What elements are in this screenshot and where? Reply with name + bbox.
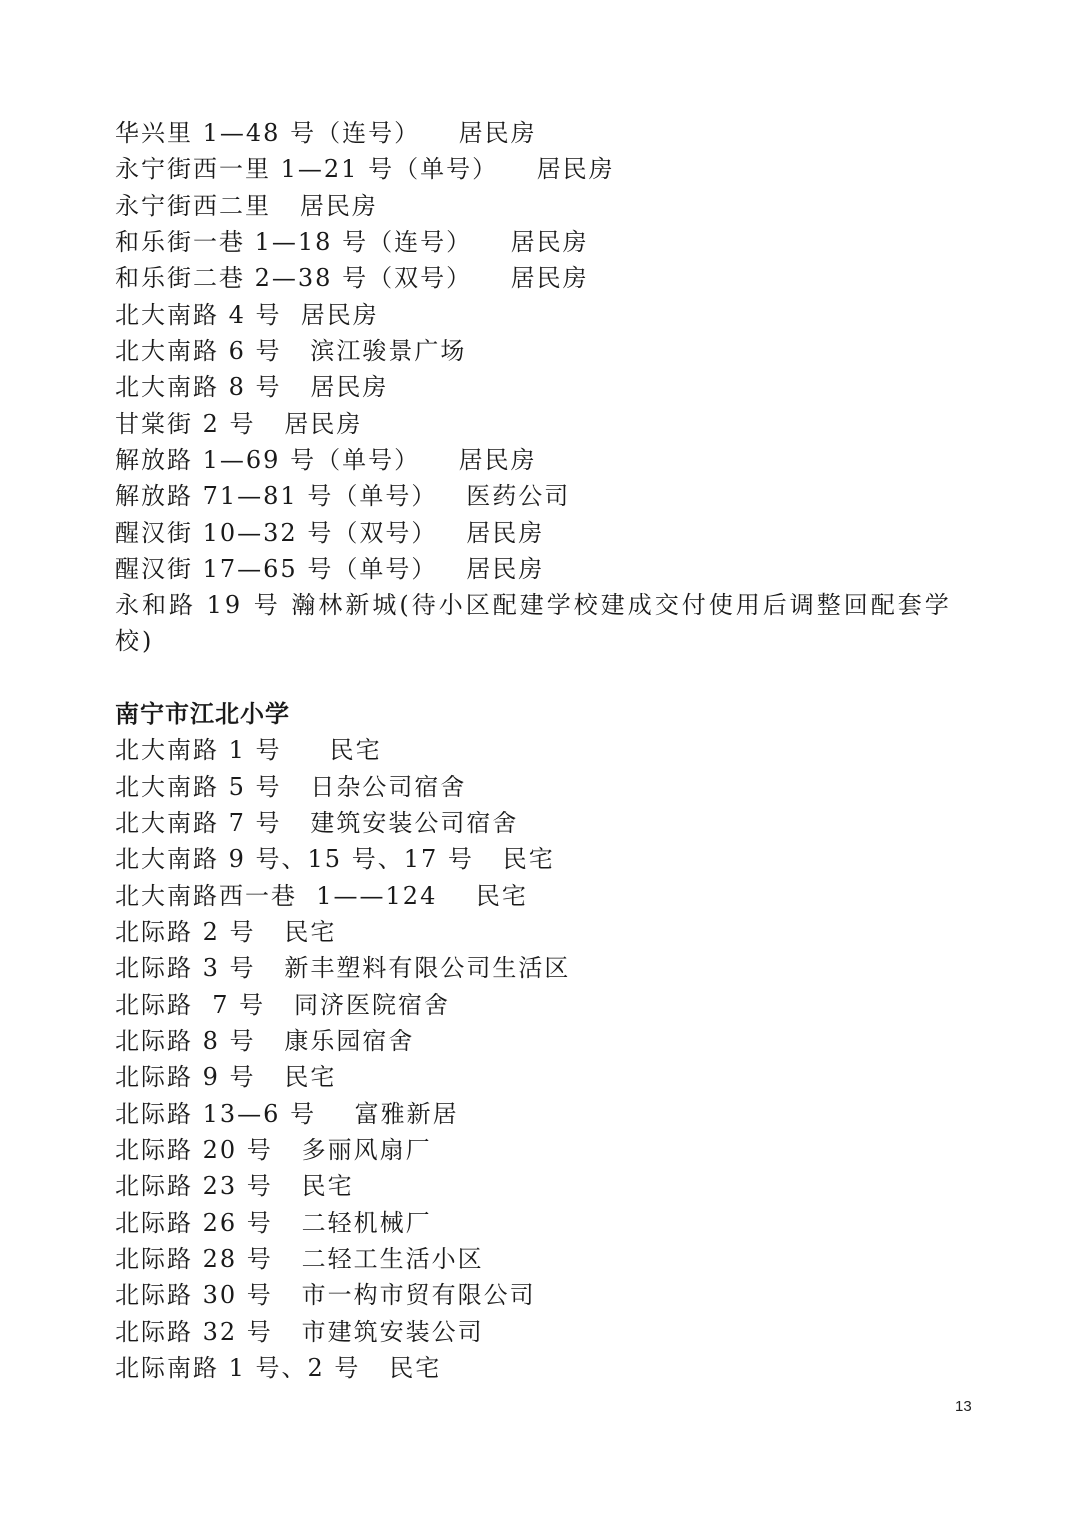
address-entry: 北际路 23 号 民宅: [115, 1168, 354, 1204]
address-entry: 北大南路 6 号 滨江骏景广场: [115, 333, 466, 369]
address-entry: 北际路 26 号 二轻机械厂: [115, 1205, 432, 1241]
address-entry: 北际路 30 号 市一构市贸有限公司: [115, 1277, 536, 1313]
address-entry: 北际路 32 号 市建筑安装公司: [115, 1314, 484, 1350]
address-entry: 北际路 8 号 康乐园宿舍: [115, 1023, 414, 1059]
address-entry: 醒汉街 17—65 号（单号） 居民房: [115, 551, 544, 587]
address-entry: 解放路 71—81 号（单号） 医药公司: [115, 478, 570, 514]
document-page: 华兴里 1—48 号（连号） 居民房 永宁街西一里 1—21 号（单号） 居民房…: [0, 0, 1080, 1528]
address-entry: 和乐街一巷 1—18 号（连号） 居民房: [115, 224, 589, 260]
address-entry: 北大南路 8 号 居民房: [115, 369, 388, 405]
address-entry: 和乐街二巷 2—38 号（双号） 居民房: [115, 260, 589, 296]
address-entry: 北大南路 7 号 建筑安装公司宿舍: [115, 805, 518, 841]
address-entry: 北际路 7 号 同济医院宿舍: [115, 987, 450, 1023]
address-entry: 甘棠街 2 号 居民房: [115, 406, 362, 442]
address-entry: 北大南路 1 号 民宅: [115, 732, 382, 768]
school-heading: 南宁市江北小学: [115, 696, 290, 732]
address-entry: 北际南路 1 号、2 号 民宅: [115, 1350, 441, 1386]
address-entry: 北际路 13—6 号 富雅新居: [115, 1096, 459, 1132]
address-entry: 北大南路 5 号 日杂公司宿舍: [115, 769, 466, 805]
address-entry: 华兴里 1—48 号（连号） 居民房: [115, 115, 537, 151]
address-entry: 醒汉街 10—32 号（双号） 居民房: [115, 515, 544, 551]
address-entry: 北大南路 4 号 居民房: [115, 297, 379, 333]
address-entry: 北际路 28 号 二轻工生活小区: [115, 1241, 484, 1277]
address-entry: 北际路 20 号 多丽风扇厂: [115, 1132, 432, 1168]
address-entry: 北大南路西一巷 1——124 民宅: [115, 878, 528, 914]
address-entry: 北际路 2 号 民宅: [115, 914, 336, 950]
address-entry: 北际路 9 号 民宅: [115, 1059, 336, 1095]
address-entry-note: 永和路 19 号 瀚林新城(待小区配建学校建成交付使用后调整回配套学校): [115, 587, 985, 659]
address-entry: 北际路 3 号 新丰塑料有限公司生活区: [115, 950, 570, 986]
page-number: 13: [955, 1398, 972, 1415]
address-entry: 永宁街西一里 1—21 号（单号） 居民房: [115, 151, 615, 187]
address-entry: 永宁街西二里 居民房: [115, 188, 378, 224]
address-entry: 解放路 1—69 号（单号） 居民房: [115, 442, 537, 478]
address-entry: 北大南路 9 号、15 号、17 号 民宅: [115, 841, 555, 877]
